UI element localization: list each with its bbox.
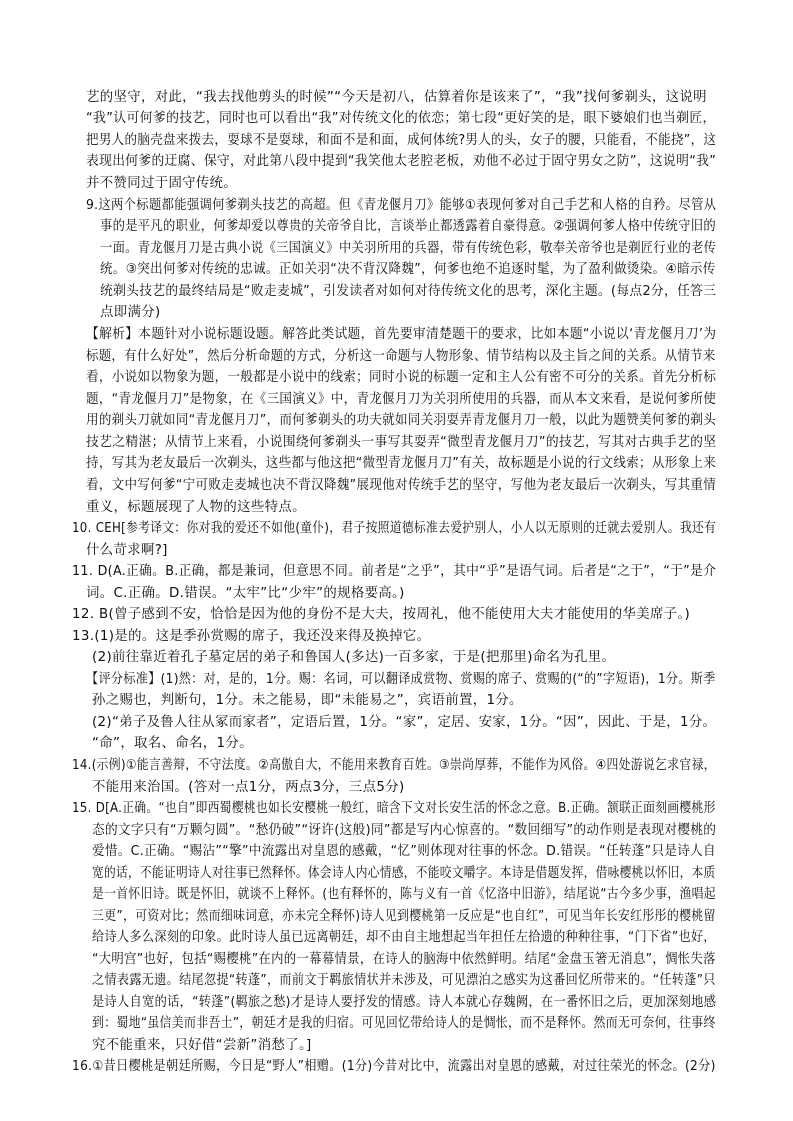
text-line: (2)“弟子及鲁人往从冢而家者”，定语后置，1分。“家”，定居、安家，1分。“因… [92,712,716,733]
text-line: 艺的坚守，对此，“我去找他剪头的时候”“今天是初八，估算着你是该来了”，“我”找… [86,87,707,108]
text-line: 词。C.正确。D.错误。“太牢”比“少牢”的规格要高。) [86,583,405,604]
text-line: 用的剃头刀就如同“青龙偃月刀”，而何爹剃头的功夫就如同关羽耍弄青龙偃月刀一般，以… [86,410,716,431]
text-line: 不能用来治国。(答对一点1分，两点3分，三点5分) [92,777,405,798]
text-line: 技艺之精湛；从情节上来看，小说围绕何爹剃头一事写其耍弄“微型青龙偃月刀”的技艺，… [86,432,716,453]
text-line: 16.①昔日樱桃是朝廷所赐，今日是“野人”相赠。(1分)今昔对比中，流露出对皇恩… [72,1056,716,1077]
text-line: 三更”，可资对比；然而细味词意，亦未完全释怀)诗人见到樱桃第一反应是“也自红”，… [92,906,716,927]
text-line: 13.(1)是的。这是季孙赏赐的席子，我还没来得及换掉它。 [72,626,430,647]
text-line: “我”认可何爹的技艺，同时也可以看出“我”对传统文化的依恋；第七段“更好笑的是，… [86,108,716,129]
text-line: 看，小说如以物象为题，一般都是小说中的线索；同时小说的标题一定和主人公有密不可分… [86,367,716,388]
text-line: 孙之赐也，判断句，1分。未之能易，即“未能易之”，宾语前置，1分。 [92,690,523,711]
text-line: 事的是平凡的职业，何爹却爱以尊贵的关帝爷自比，言谈举止都透露着自豪得意。②强调何… [100,216,716,237]
document-page: 艺的坚守，对此，“我去找他剪头的时候”“今天是初八，估算着你是该来了”，“我”找… [0,0,793,1121]
text-line: 到：蜀地“虽信美而非吾土”，朝廷才是我的归宿。可见回忆带给诗人的是惆怅，而不是释… [92,1013,716,1034]
text-line: 15. D[A.正确。“也自”即西蜀樱桃也如长安樱桃一般红，暗含下文对长安生活的… [72,798,716,819]
text-line: 态的文字只有“万颗匀圆”。“愁仍破”“讶许(这般)同”都是写内心惊喜的。“数回细… [92,820,716,841]
text-line: 爱惜。C.正确。“赐沾”“擎”中流露出对皇恩的感戴，“忆”则体现对往事的怀念。D… [92,841,716,862]
text-line: 10. CEH[参考译文：你对我的爱还不如他(童仆)，君子按照道德标准去爱护别人… [72,518,716,539]
text-line: 9.这两个标题都能强调何爹剃头技艺的高超。但《青龙偃月刀》能够①表现何爹对自己手… [86,195,716,216]
text-line: 持，写其为老友最后一次剃头，这些都与他这把“微型青龙偃月刀”有关，故标题是小说的… [86,453,716,474]
text-line: 给诗人多么深刻的印象。此时诗人虽已远离朝廷，却不由自主地想起当年担任左拾遗的种种… [92,927,716,948]
text-line: 什么苛求啊?] [86,540,168,561]
text-line: 表现出何爹的迂腐、保守，对此第八段中提到“我笑他太老腔老板，劝他不必过于固守男女… [86,151,716,172]
text-line: 把男人的脑壳盘来拨去，耍球不是耍球，和面不是和面，成何体统?男人的头，女子的腰，… [86,130,716,151]
text-line: 标题，有什么好处”，然后分析命题的方式，分析这一命题与人物形象、情节结构以及主旨… [86,346,716,367]
text-line: 统。③突出何爹对传统的忠诚。正如关羽“决不背汉降魏”，何爹也绝不追逐时髦，为了盈… [100,259,716,280]
text-line: 重义，标题展现了人物的这些特点。 [86,497,306,518]
text-line: “命”，取名、命名，1分。 [92,733,253,754]
text-line: 12. B(曾子感到不安，恰恰是因为他的身份不是大夫，按周礼，他不能使用大夫才能… [72,604,690,625]
text-line: 是诗人自宽的话，“转蓬”(羁旅之愁)才是诗人要抒发的情感。诗人本就心存魏阙，在一… [92,992,716,1013]
text-line: 之情表露无遗。结尾忽提“转蓬”，而前文于羁旅情状并未涉及，可见漂泊之感实为这番回… [92,970,716,991]
text-line: 点即满分) [100,302,161,323]
text-line: 并不赞同过于固守传统。 [86,173,237,194]
text-line: 看，文中写何爹“宁可败走麦城也决不背汉降魏”展现他对传统手艺的坚守，写他为老友最… [86,475,716,496]
text-line: 是一首怀旧诗。既是怀旧，就谈不上释怀。(也有释怀的，陈与义有一首《忆洛中旧游》，… [92,884,716,905]
text-line: 究不能重来，只好借“尝新”消愁了。] [92,1035,312,1056]
text-line: 11. D(A.正确。B.正确，都是兼词，但意思不同。前者是“之乎”，其中“乎”… [72,561,716,582]
text-line: 宽的话，不能证明诗人对往事已然释怀。体会诗人内心情感，不能咬文嚼字。本诗是借题发… [92,863,716,884]
text-line: “大明宫”也好，包括“赐樱桃”在内的一幕幕情景，在诗人的脑海中依然鲜明。结尾“金… [92,949,716,970]
text-line: 【解析】本题针对小说标题设题。解答此类试题，首先要审清楚题干的要求，比如本题“小… [86,324,716,345]
text-line: 【评分标准】(1)然：对，是的，1分。赐：名词，可以翻译成赏物、赏赐的席子、赏赐… [86,669,716,690]
text-line: 统剃头技艺的最终结局是“败走麦城”，引发读者对如何对待传统文化的思考，深化主题。… [100,281,716,302]
text-line: 14.(示例)①能言善辩，不守法度。②高傲自大，不能用来教育百姓。③崇尚厚葬，不… [72,755,716,776]
text-line: 题，“青龙偃月刀”是物象，在《三国演义》中，青龙偃月刀为关羽所使用的兵器，而从本… [86,389,716,410]
text-line: (2)前往靠近着孔子墓定居的弟子和鲁国人(多达)一百多家，于是(把那里)命名为孔… [92,647,615,668]
text-line: 一面。青龙偃月刀是古典小说《三国演义》中关羽所用的兵器，带有传统色彩，敬奉关帝爷… [100,238,716,259]
